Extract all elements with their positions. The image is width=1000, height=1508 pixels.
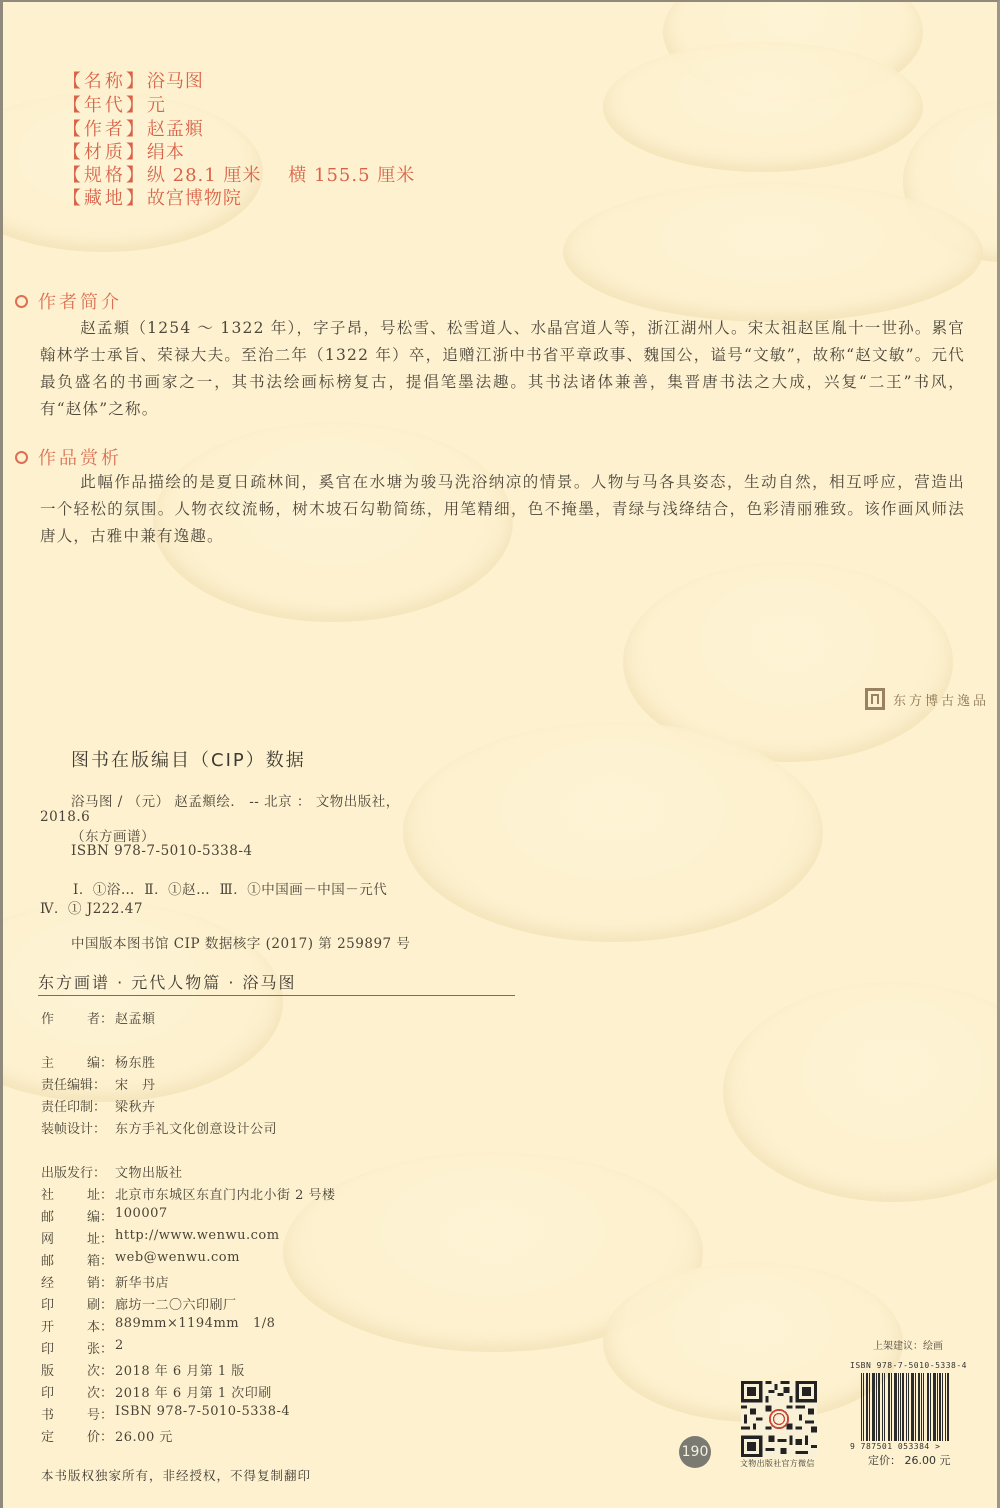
section-title-author: 作者简介 <box>15 288 122 314</box>
credit-value: 文物出版社 <box>115 1162 183 1181</box>
credit-value: 2018 年 6 月第 1 版 <box>115 1360 245 1379</box>
credit-value: 宋 丹 <box>115 1074 156 1093</box>
credit-value: 北京市东城区东直门内北小街 2 号楼 <box>115 1184 336 1203</box>
cip-line: 浴马图 / （元） 赵孟頫绘． -- 北京 ： 文物出版社， <box>71 790 400 810</box>
credit-value: 2 <box>115 1338 124 1357</box>
section-title-text: 作者简介 <box>38 288 122 314</box>
brand-mark: 东方博古逸品 <box>865 688 989 710</box>
credit-row: 作者： 赵孟頫 <box>41 1008 156 1027</box>
credit-value: 杨东胜 <box>115 1052 156 1071</box>
page-number-badge: 190 <box>679 1436 711 1468</box>
cip-title: 图书在版编目（CIP）数据 <box>71 746 306 772</box>
credit-row: 印张： 2 <box>41 1338 124 1357</box>
work-appreciation-paragraph: 此幅作品描绘的是夏日疏林间，奚官在水塘为骏马洗浴纳凉的情景。人物与马各具姿态，生… <box>40 469 965 550</box>
credit-key: 开 <box>41 1316 54 1335</box>
credit-key: 责任印制： <box>41 1096 106 1115</box>
circle-bullet-icon <box>15 295 28 308</box>
credit-key: 定 <box>41 1426 54 1445</box>
credit-row: 印次： 2018 年 6 月第 1 次印刷 <box>41 1382 272 1401</box>
credit-key: 价： <box>87 1426 113 1445</box>
qr-caption: 文物出版社官方微信 <box>740 1458 815 1469</box>
credit-value: 东方手礼文化创意设计公司 <box>115 1118 277 1137</box>
credit-key: 次： <box>87 1382 113 1401</box>
credit-row: 版次： 2018 年 6 月第 1 版 <box>41 1360 245 1379</box>
copyright-notice: 本书版权独家所有，非经授权，不得复制翻印 <box>41 1466 311 1484</box>
credit-key: 邮 <box>41 1206 54 1225</box>
credit-value: 赵孟頫 <box>115 1008 156 1027</box>
credit-key: 编： <box>87 1052 113 1071</box>
info-label: 【藏地】 <box>63 188 147 209</box>
cloud-decoration <box>603 42 923 172</box>
cip-line: 中国版本图书馆 CIP 数据核字 (2017) 第 259897 号 <box>71 932 410 952</box>
credit-row: 主编： 杨东胜 <box>41 1052 156 1071</box>
credit-row: 邮编： 100007 <box>41 1206 168 1225</box>
credit-row: 装帧设计： 东方手礼文化创意设计公司 <box>41 1118 277 1137</box>
credit-row: 开本： 889mm×1194mm 1/8 <box>41 1316 275 1335</box>
credit-key: 印 <box>41 1382 54 1401</box>
credit-key: 作 <box>41 1008 54 1027</box>
cloud-decoration <box>563 182 983 322</box>
website-link[interactable]: http://www.wenwu.com <box>115 1228 280 1247</box>
series-title: 东方画谱 · 元代人物篇 · 浴马图 <box>38 970 297 993</box>
credit-value: 2018 年 6 月第 1 次印刷 <box>115 1382 272 1401</box>
barcode-isbn: ISBN 978-7-5010-5338-4 <box>850 1361 967 1370</box>
credit-key: 箱： <box>87 1250 113 1269</box>
barcode-icon <box>861 1373 954 1441</box>
credit-key: 次： <box>87 1360 113 1379</box>
brand-logo-icon <box>865 688 885 710</box>
divider <box>38 995 515 996</box>
credit-row: 责任印制： 梁秋卉 <box>41 1096 156 1115</box>
info-row-collection: 【藏地】故宫博物院 <box>36 166 242 232</box>
credit-key: 书 <box>41 1404 54 1423</box>
credit-value: 廊坊一二〇六印刷厂 <box>115 1294 237 1313</box>
credit-row: 社址： 北京市东城区东直门内北小街 2 号楼 <box>41 1184 336 1203</box>
credit-key: 社 <box>41 1184 54 1203</box>
cip-line: Ⅰ．①浴… Ⅱ．①赵… Ⅲ．①中国画－中国－元代 <box>73 878 387 898</box>
book-back-page: 【名称】浴马图 【年代】元 【作者】赵孟頫 【材质】绢本 【规格】纵 28.1 … <box>0 0 1000 1508</box>
credit-row: 责任编辑： 宋 丹 <box>41 1074 156 1093</box>
credit-key: 邮 <box>41 1250 54 1269</box>
credit-row: 书号： ISBN 978-7-5010-5338-4 <box>41 1404 290 1423</box>
credit-value: 新华书店 <box>115 1272 169 1291</box>
credit-row: 经销： 新华书店 <box>41 1272 169 1291</box>
credit-key: 出版发行： <box>41 1162 106 1181</box>
cip-line: （东方画谱） <box>71 825 155 845</box>
cip-line: Ⅳ．① J222.47 <box>40 897 143 917</box>
credit-value: ISBN 978-7-5010-5338-4 <box>115 1404 290 1423</box>
credit-value: 梁秋卉 <box>115 1096 156 1115</box>
barcode-price: 定价： 26.00 元 <box>868 1452 950 1468</box>
cloud-decoration <box>723 982 1000 1202</box>
paragraph-text: 此幅作品描绘的是夏日疏林间，奚官在水塘为骏马洗浴纳凉的情景。人物与马各具姿态，生… <box>40 469 965 550</box>
credit-key: 本： <box>87 1316 113 1335</box>
cip-line: 2018.6 <box>40 809 90 825</box>
credit-value: 26.00 元 <box>115 1426 173 1445</box>
credit-key: 销： <box>87 1272 113 1291</box>
credit-key: 刷： <box>87 1294 113 1313</box>
credit-value: 100007 <box>115 1206 168 1225</box>
credit-row: 邮箱： web@wenwu.com <box>41 1250 240 1269</box>
credit-key: 号： <box>87 1404 113 1423</box>
author-intro-paragraph: 赵孟頫（1254 ～ 1322 年），字子昂，号松雪、松雪道人、水晶宫道人等，浙… <box>40 315 965 423</box>
credit-key: 印 <box>41 1294 54 1313</box>
qr-code-icon[interactable] <box>741 1381 817 1457</box>
credit-row: 定价： 26.00 元 <box>41 1426 173 1445</box>
circle-bullet-icon <box>15 451 28 464</box>
shelf-suggestion: 上架建议：绘画 <box>873 1337 943 1352</box>
credit-key: 址： <box>87 1184 113 1203</box>
credit-key: 网 <box>41 1228 54 1247</box>
section-title-work: 作品赏析 <box>15 444 122 470</box>
email-link[interactable]: web@wenwu.com <box>115 1250 240 1269</box>
paragraph-text: 赵孟頫（1254 ～ 1322 年），字子昂，号松雪、松雪道人、水晶宫道人等，浙… <box>40 315 965 423</box>
credit-key: 者： <box>87 1008 113 1027</box>
cloud-decoration <box>403 722 823 942</box>
info-value: 故宫博物院 <box>147 188 242 209</box>
brand-name: 东方博古逸品 <box>893 690 989 709</box>
section-title-text: 作品赏析 <box>38 444 122 470</box>
credit-key: 装帧设计： <box>41 1118 106 1137</box>
credit-value: 889mm×1194mm 1/8 <box>115 1316 275 1335</box>
barcode-ean: 9 787501 053384 > <box>850 1442 940 1451</box>
credit-row: 网址： http://www.wenwu.com <box>41 1228 280 1247</box>
credit-key: 印 <box>41 1338 54 1357</box>
credit-key: 责任编辑： <box>41 1074 106 1093</box>
credit-row: 印刷： 廊坊一二〇六印刷厂 <box>41 1294 237 1313</box>
credit-key: 主 <box>41 1052 54 1071</box>
credit-key: 版 <box>41 1360 54 1379</box>
credit-row: 出版发行： 文物出版社 <box>41 1162 183 1181</box>
cip-line: ISBN 978-7-5010-5338-4 <box>71 843 253 859</box>
credit-key: 址： <box>87 1228 113 1247</box>
credit-key: 张： <box>87 1338 113 1357</box>
credit-key: 经 <box>41 1272 54 1291</box>
credit-key: 编： <box>87 1206 113 1225</box>
